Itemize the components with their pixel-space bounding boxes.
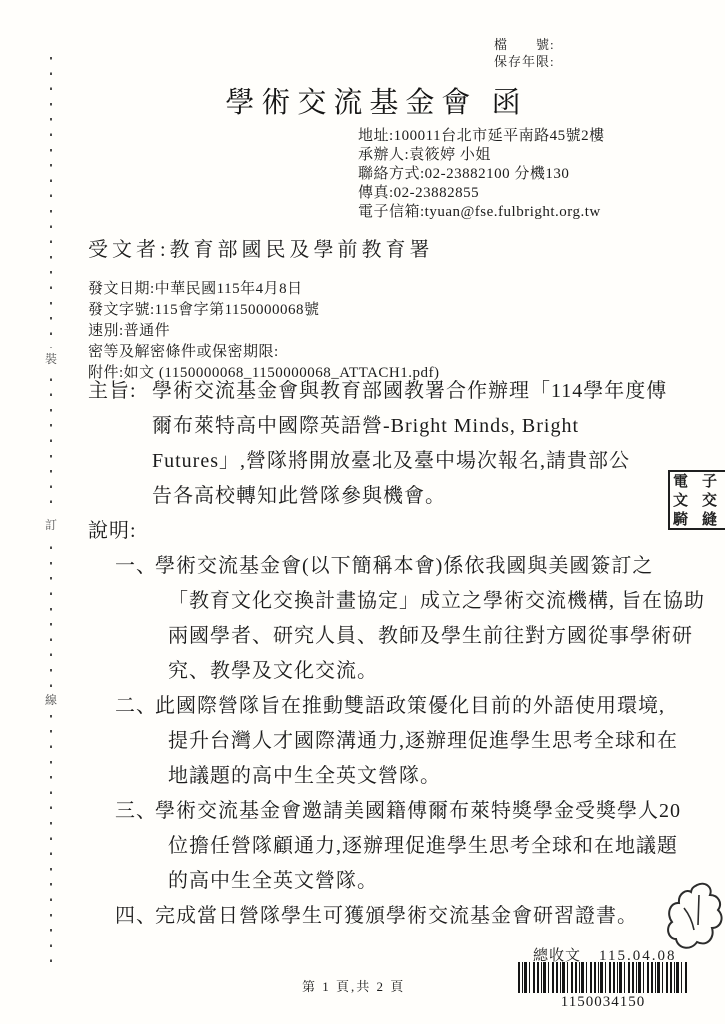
binding-mark-ding: 訂: [43, 514, 59, 535]
explanation-item-number: 二、: [115, 689, 157, 724]
security-class-line: 密等及解密條件或保密期限:: [88, 342, 440, 363]
barcode: [518, 962, 688, 993]
explanation-item-number: 三、: [115, 794, 157, 829]
archive-label-block: 檔 號: 保存年限:: [494, 36, 555, 70]
sender-address: 地址:100011台北市延平南路45號2樓: [358, 127, 605, 146]
binding-mark-xian: 線: [43, 689, 59, 710]
subject-section: 主旨: 學術交流基金會與教育部國教署合作辦理「114學年度傅 爾布萊特高中國際英…: [88, 374, 698, 514]
stamp-row: 文交: [673, 492, 725, 511]
subject-line: 爾布萊特高中國際英語營-Bright Minds, Bright: [152, 409, 698, 444]
subject-line: 告各高校轉知此營隊參與機會。: [152, 479, 698, 514]
explanation-line: 位擔任營隊顧通力,逐辦理促進學生思考全球和在地議題: [155, 829, 698, 864]
sender-fax: 傳真:02-23882855: [358, 184, 605, 203]
sender-info-block: 地址:100011台北市延平南路45號2樓 承辦人:袁筱婷 小姐 聯絡方式:02…: [358, 127, 605, 222]
document-meta-block: 發文日期:中華民國115年4月8日 發文字號:115會字第1150000068號…: [88, 279, 440, 384]
sender-email: 電子信箱:tyuan@fse.fulbright.org.tw: [358, 203, 605, 222]
document-title: 學術交流基金會 函: [14, 80, 725, 121]
explanation-line: 「教育文化交換計畫協定」成立之學術交流機構, 旨在協助: [155, 584, 698, 619]
issue-date-line: 發文日期:中華民國115年4月8日: [88, 279, 440, 300]
subject-label: 主旨:: [88, 374, 137, 409]
archive-no-label: 檔 號:: [494, 36, 555, 53]
explanation-item-number: 一、: [115, 549, 157, 584]
explanation-item-2: 二、 此國際營隊旨在推動雙語政策優化目前的外語使用環境, 提升台灣人才國際溝通力…: [88, 689, 698, 794]
explanation-label: 說明:: [88, 514, 698, 549]
sender-phone: 聯絡方式:02-23882100 分機130: [358, 165, 605, 184]
sender-contact-person: 承辦人:袁筱婷 小姐: [358, 146, 605, 165]
explanation-item-4: 四、 完成當日營隊學生可獲頒學術交流基金會研習證書。: [88, 899, 698, 934]
document-body: 主旨: 學術交流基金會與教育部國教署合作辦理「114學年度傅 爾布萊特高中國際英…: [88, 374, 698, 934]
page-number-footer: 第 1 頁,共 2 頁: [302, 976, 405, 995]
explanation-line: 地議題的高中生全英文營隊。: [155, 759, 698, 794]
stamp-row: 騎縫: [673, 511, 725, 530]
subject-line: Futures」,營隊將開放臺北及臺中場次報名,請貴部公: [152, 444, 698, 479]
explanation-line: 的高中生全英文營隊。: [155, 864, 698, 899]
doc-number-line: 發文字號:115會字第1150000068號: [88, 300, 440, 321]
explanation-line: 學術交流基金會邀請美國籍傅爾布萊特獎學金受獎學人20: [155, 794, 698, 829]
document-page: 裝 訂 線 檔 號: 保存年限: 學術交流基金會 函 地址:100011台北市延…: [0, 0, 725, 1024]
explanation-line: 兩國學者、研究人員、教師及學生前往對方國從事學術研: [155, 619, 698, 654]
explanation-line: 完成當日營隊學生可獲頒學術交流基金會研習證書。: [155, 899, 698, 934]
recipient-line: 受文者:教育部國民及學前教育署: [88, 233, 434, 262]
subject-line: 學術交流基金會與教育部國教署合作辦理「114學年度傅: [152, 374, 698, 409]
explanation-item-1: 一、 學術交流基金會(以下簡稱本會)係依我國與美國簽訂之 「教育文化交換計畫協定…: [88, 549, 698, 689]
stamp-row: 電子: [673, 473, 725, 492]
speed-class-line: 速別:普通件: [88, 321, 440, 342]
explanation-line: 提升台灣人才國際溝通力,逐辦理促進學生思考全球和在: [155, 724, 698, 759]
barcode-number: 1150034150: [518, 994, 688, 1011]
electronic-exchange-seam-stamp: 電子 文交 騎縫: [668, 470, 725, 530]
explanation-item-number: 四、: [115, 899, 157, 934]
explanation-item-3: 三、 學術交流基金會邀請美國籍傅爾布萊特獎學金受獎學人20 位擔任營隊顧通力,逐…: [88, 794, 698, 899]
explanation-line: 此國際營隊旨在推動雙語政策優化目前的外語使用環境,: [155, 689, 698, 724]
explanation-line: 究、教學及文化交流。: [155, 654, 698, 689]
retention-period-label: 保存年限:: [494, 53, 555, 70]
crumple-seal-mark: [666, 880, 724, 952]
explanation-line: 學術交流基金會(以下簡稱本會)係依我國與美國簽訂之: [155, 549, 698, 584]
binding-mark-zhuang: 裝: [43, 348, 59, 369]
